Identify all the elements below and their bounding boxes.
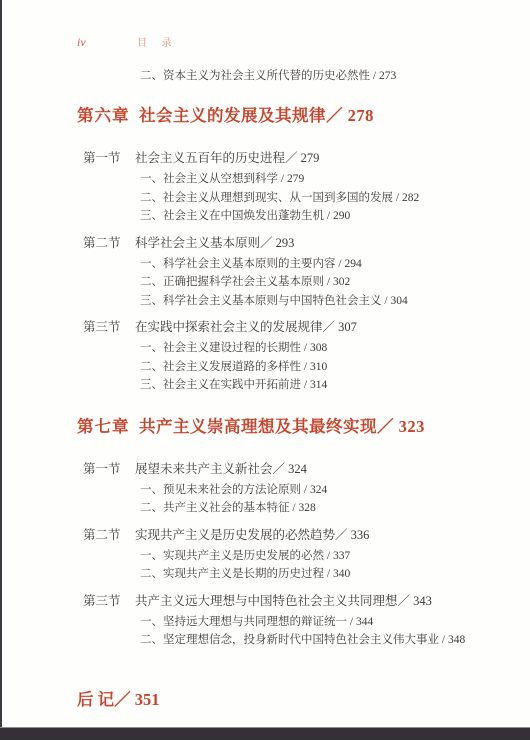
chapter-title: 共产主义崇高理想及其最终实现／ 323 <box>139 417 425 437</box>
pdf-page-viewport: iv 目 录 二、资本主义为社会主义所代替的历史必然性 / 273 第六章社会主… <box>0 0 530 740</box>
toc-item-text: 一、科学社会主义基本原则的主要内容 <box>140 258 336 270</box>
chapter-heading: 第六章社会主义的发展及其规律／ 278 <box>77 106 490 126</box>
toc-item-text: 二、资本主义为社会主义所代替的历史必然性 <box>140 70 370 82</box>
toc-item: 二、坚定理想信念，投身新时代中国特色社会主义伟大事业 / 348 <box>77 631 490 650</box>
toc-item-text: 二、共产主义社会的基本特征 <box>140 502 290 514</box>
toc-item-text: 三、社会主义在实践中开拓前进 <box>140 379 301 391</box>
toc-item-page: / 308 <box>301 342 327 354</box>
table-of-contents: 第六章社会主义的发展及其规律／ 278第一节社会主义五百年的历史进程／ 279一… <box>77 106 490 650</box>
section-label: 第一节 <box>83 461 135 477</box>
section-row: 第一节展望未来共产主义新社会／ 324 <box>77 461 490 477</box>
section-label: 第三节 <box>83 319 135 335</box>
toc-item-page: / 324 <box>301 484 327 496</box>
toc-item: 一、社会主义从空想到科学 / 279 <box>77 170 490 189</box>
backmatter-page: ／ 351 <box>114 690 159 709</box>
toc-item-page: / 302 <box>324 276 350 288</box>
section-title: 社会主义五百年的历史进程／ 279 <box>135 150 319 166</box>
section-title: 科学社会主义基本原则／ 293 <box>135 235 294 251</box>
chapter-title: 社会主义的发展及其规律／ 278 <box>139 106 374 126</box>
toc-item-text: 三、社会主义在中国焕发出蓬勃生机 <box>140 210 324 222</box>
section-label: 第三节 <box>83 593 135 609</box>
section-title: 共产主义远大理想与中国特色社会主义共同理想／ 343 <box>135 593 432 609</box>
page-number-folio: iv <box>77 35 137 50</box>
chapter-heading: 第七章共产主义崇高理想及其最终实现／ 323 <box>77 417 490 437</box>
toc-item: 一、实现共产主义是历史发展的必然 / 337 <box>77 547 490 566</box>
section-label: 第一节 <box>83 150 135 166</box>
toc-item-page: / 282 <box>393 192 419 204</box>
section-row: 第一节社会主义五百年的历史进程／ 279 <box>77 150 490 166</box>
backmatter-entry: 后 记／ 351 <box>77 686 490 710</box>
section-row: 第二节科学社会主义基本原则／ 293 <box>77 235 490 251</box>
section-row: 第三节共产主义远大理想与中国特色社会主义共同理想／ 343 <box>77 593 490 609</box>
toc-item-page: / 294 <box>336 258 362 270</box>
running-head: 目 录 <box>137 34 178 49</box>
toc-item: 二、正确把握科学社会主义基本原则 / 302 <box>77 273 490 292</box>
book-page: iv 目 录 二、资本主义为社会主义所代替的历史必然性 / 273 第六章社会主… <box>0 0 530 727</box>
toc-item-page: / 279 <box>278 173 304 185</box>
toc-item-text: 一、社会主义从空想到科学 <box>140 173 278 185</box>
backmatter-label: 后 记 <box>77 690 114 709</box>
toc-item: 二、共产主义社会的基本特征 / 328 <box>77 499 490 518</box>
toc-item-text: 一、预见未来社会的方法论原则 <box>140 484 301 496</box>
toc-item-page: / 348 <box>439 634 465 646</box>
toc-item-text: 一、实现共产主义是历史发展的必然 <box>140 550 324 562</box>
toc-item-page: / 314 <box>301 379 327 391</box>
toc-item-page: / 340 <box>324 568 350 580</box>
toc-item-page: / 290 <box>324 210 350 222</box>
toc-item: 一、坚持远大理想与共同理想的辩证统一 / 344 <box>77 613 490 632</box>
toc-item-text: 一、坚持远大理想与共同理想的辩证统一 <box>140 616 347 628</box>
toc-item: 二、社会主义发展道路的多样性 / 310 <box>77 358 490 377</box>
toc-item: 三、社会主义在实践中开拓前进 / 314 <box>77 376 490 395</box>
toc-item-text: 二、坚定理想信念，投身新时代中国特色社会主义伟大事业 <box>140 634 439 646</box>
toc-item-text: 一、社会主义建设过程的长期性 <box>140 342 301 354</box>
toc-item: 三、科学社会主义基本原则与中国特色社会主义 / 304 <box>77 292 490 311</box>
toc-item: 一、预见未来社会的方法论原则 / 324 <box>77 481 490 500</box>
toc-item: 三、社会主义在中国焕发出蓬勃生机 / 290 <box>77 207 490 226</box>
section-row: 第三节在实践中探索社会主义的发展规律／ 307 <box>77 319 490 335</box>
toc-continuation-item: 二、资本主义为社会主义所代替的历史必然性 / 273 <box>77 69 490 84</box>
toc-item-page: / 344 <box>347 616 373 628</box>
toc-item-text: 二、社会主义从理想到现实、从一国到多国的发展 <box>140 192 393 204</box>
toc-item: 一、社会主义建设过程的长期性 / 308 <box>77 339 490 358</box>
toc-item-page: / 337 <box>324 550 350 562</box>
toc-item-text: 二、实现共产主义是长期的历史过程 <box>140 568 324 580</box>
toc-item-text: 二、社会主义发展道路的多样性 <box>140 361 301 373</box>
section-label: 第二节 <box>83 527 135 543</box>
section-row: 第二节实现共产主义是历史发展的必然趋势／ 336 <box>77 527 490 543</box>
chapter-label: 第六章 <box>77 106 139 126</box>
viewer-bottom-bar <box>0 727 530 740</box>
chapter-label: 第七章 <box>77 417 139 437</box>
toc-item: 二、社会主义从理想到现实、从一国到多国的发展 / 282 <box>77 189 490 208</box>
toc-item: 一、科学社会主义基本原则的主要内容 / 294 <box>77 255 490 274</box>
section-label: 第二节 <box>83 235 135 251</box>
toc-item-page: / 273 <box>370 70 396 82</box>
page-header: iv 目 录 <box>77 34 490 48</box>
section-title: 在实践中探索社会主义的发展规律／ 307 <box>135 319 357 335</box>
section-title: 展望未来共产主义新社会／ 324 <box>135 461 307 477</box>
toc-item-page: / 304 <box>382 295 408 307</box>
toc-item: 二、实现共产主义是长期的历史过程 / 340 <box>77 565 490 584</box>
toc-item-text: 三、科学社会主义基本原则与中国特色社会主义 <box>140 295 382 307</box>
section-title: 实现共产主义是历史发展的必然趋势／ 336 <box>135 527 369 543</box>
toc-item-page: / 328 <box>290 502 316 514</box>
toc-item-text: 二、正确把握科学社会主义基本原则 <box>140 276 324 288</box>
toc-item-page: / 310 <box>301 361 327 373</box>
